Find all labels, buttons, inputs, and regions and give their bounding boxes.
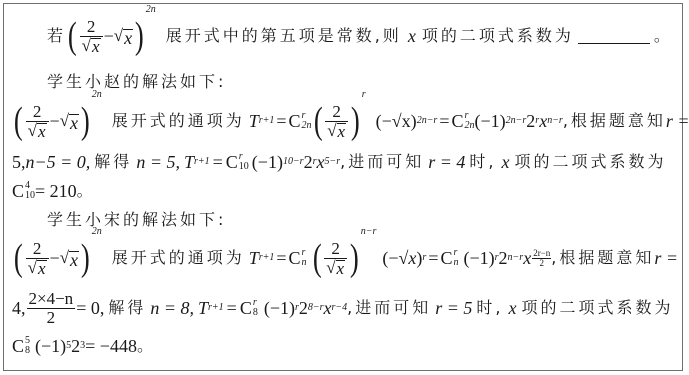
math-token: (−√x) (382, 248, 422, 268)
math-token: x (523, 248, 531, 268)
math-token: 2√x (26, 103, 49, 140)
math-token: 410 (25, 181, 35, 201)
math-token: √x (28, 259, 47, 277)
math-token: ( (313, 102, 322, 140)
exponent: 2n (146, 0, 156, 20)
math-token: x (316, 152, 324, 172)
math-token: √x (326, 259, 345, 277)
math-token: 2 (526, 111, 535, 131)
math-token: C (289, 248, 301, 268)
math-token: x (501, 152, 509, 172)
math-token: r2n (302, 111, 312, 131)
math-token: (−1) (35, 336, 66, 356)
math-token: 2×4−n2 (27, 290, 76, 327)
left-paren: ( (68, 17, 77, 55)
math-token: √x (80, 36, 103, 55)
math-token: (−1) (252, 152, 283, 172)
math-token: rn (302, 248, 307, 268)
math-token: = (439, 111, 449, 131)
math-token: √ (28, 259, 37, 277)
math-token: ) (350, 239, 359, 277)
math-token: 2 (45, 309, 58, 327)
math-token: √ (327, 122, 336, 140)
math-token: √x (28, 122, 47, 140)
math-token: 58 (25, 336, 30, 356)
math-token: √ (326, 259, 335, 277)
math-token: r = 4 (428, 152, 465, 172)
math-token: 2n (465, 121, 475, 131)
math-token: 2 (85, 18, 98, 36)
math-token: = 210 (35, 181, 77, 201)
math-token: 学生小宋的解法如下: (47, 210, 226, 230)
math-token: 展开式的通项为 (112, 248, 245, 268)
math-token: 。 (137, 336, 156, 356)
math-token: n−5 = 0, (26, 152, 91, 172)
song-line-3: C58 (−1)5 23 = −448 。 (12, 336, 156, 356)
math-token: C (12, 336, 24, 356)
math-token: 2 (499, 248, 508, 268)
math-token: (−√x) (376, 111, 417, 131)
math-token: 2×4−n (27, 290, 76, 309)
math-token: r2n (465, 111, 475, 131)
math-token: 2 (330, 103, 343, 121)
math-token: √ (60, 248, 69, 268)
math-token: ,根据题意知 (563, 111, 666, 131)
math-token: n = 8, (150, 298, 194, 318)
math-token: C (440, 248, 452, 268)
math-token: x (336, 260, 346, 277)
math-token: ,进而可知 (340, 152, 424, 172)
math-token: 8 (253, 308, 258, 318)
math-token: 学生小赵的解法如下: (47, 72, 226, 92)
math-token: 2 (71, 336, 80, 356)
math-token: 项的二项式系数为 (522, 298, 674, 318)
math-token: 2 (31, 103, 44, 121)
zhao-line-2: 5, n−5 = 0, 解得 n = 5, Tr+1 = Cr10 (−1)10… (12, 152, 666, 172)
math-token: − (104, 26, 114, 46)
math-token: 时, (469, 152, 496, 172)
math-token: ) (81, 102, 90, 140)
math-token: 2 (31, 240, 44, 258)
math-token: − (50, 248, 60, 268)
math-token: r = (654, 248, 678, 268)
math-token: ) (351, 102, 360, 140)
math-token: = (227, 298, 237, 318)
math-token: − (50, 111, 60, 131)
math-token: 解得 (108, 298, 146, 318)
math-token: x (408, 26, 416, 46)
math-token: 2r−n2 (532, 249, 551, 268)
math-token: x (337, 123, 347, 140)
problem-prefix: 若 (47, 26, 66, 46)
math-token: (−1) (464, 248, 495, 268)
math-token: x (123, 29, 133, 46)
math-token: = −448 (85, 336, 137, 356)
math-token: 2√x (26, 240, 49, 277)
math-token: T (184, 152, 194, 172)
song-line-1: ( 2√x − √x ) 2n 展开式的通项为 Tr+1 = Crn ( 2√x… (12, 234, 678, 282)
problem-statement: 若 ( 2 √x − √x ) 2n 展开式中的第五项是常数,则 x 项的二项式… (47, 12, 673, 60)
math-token: √x (82, 37, 101, 55)
math-token: √x (60, 111, 79, 131)
math-token: x (509, 298, 517, 318)
math-token: = (213, 152, 223, 172)
math-token: 8 (25, 346, 30, 356)
math-token: T (249, 111, 259, 131)
math-token: n = 5, (136, 152, 180, 172)
math-token: √ (60, 111, 69, 131)
math-token: r8 (253, 298, 258, 318)
math-token: 4, (12, 298, 26, 318)
math-token: x (69, 114, 79, 131)
math-token: r = 5 (435, 298, 472, 318)
math-token: x (91, 38, 101, 55)
math-token: x (69, 251, 79, 268)
math-token: 解得 (94, 152, 132, 172)
math-token: r = (666, 111, 689, 131)
math-token: ( (312, 239, 321, 277)
math-token: = (276, 111, 286, 131)
math-token: (−1) (475, 111, 506, 131)
math-token: 2 (299, 298, 308, 318)
math-token: 展开式的通项为 (112, 111, 245, 131)
math-token: 2n (92, 85, 102, 105)
math-token: = 0, (76, 298, 104, 318)
math-token: √ (28, 122, 37, 140)
song-line-2: 4, 2×4−n2 = 0, 解得 n = 8, Tr+1 = Cr8 (−1)… (12, 288, 674, 328)
math-token: ,根据题意知 (551, 248, 654, 268)
zhao-line-3: C410 = 210 。 (12, 181, 96, 201)
math-token: r10 (239, 152, 249, 172)
math-token: T (249, 248, 259, 268)
zhao-line-1: ( 2√x − √x ) 2n 展开式的通项为 Tr+1 = Cr2n ( 2√… (12, 97, 689, 145)
math-token: r (362, 85, 366, 105)
math-token: x (539, 111, 547, 131)
math-token: (−1) (264, 298, 295, 318)
math-token: 2√x (325, 103, 348, 140)
math-token: ) (81, 239, 90, 277)
math-token: = (428, 248, 438, 268)
math-token: √ (114, 26, 123, 46)
math-token: 。 (654, 26, 673, 46)
math-token: rn (454, 248, 459, 268)
answer-blank[interactable] (578, 29, 650, 44)
math-token: √x (26, 258, 49, 277)
math-token: C (240, 298, 252, 318)
math-token: T (198, 298, 208, 318)
math-token: 。 (77, 181, 96, 201)
song-heading: 学生小宋的解法如下: (47, 210, 226, 230)
math-token: 2 (304, 152, 313, 172)
math-token: C (226, 152, 238, 172)
math-token: n (302, 258, 307, 268)
math-token: 项的二项式系数为 (422, 26, 574, 46)
math-token: 10 (25, 191, 35, 201)
math-token: 2 (539, 259, 544, 268)
sqrt-x: √x (114, 26, 133, 46)
zhao-heading: 学生小赵的解法如下: (47, 72, 226, 92)
problem-text: 展开式中的第五项是常数,则 (166, 26, 402, 46)
math-token: 5, (12, 152, 26, 172)
math-token: 10 (239, 162, 249, 172)
right-paren: ) (135, 17, 144, 55)
math-token: C (451, 111, 463, 131)
math-token: n (454, 258, 459, 268)
math-token: ,进而可知 (347, 298, 431, 318)
math-token: ( (14, 102, 23, 140)
math-token: √x (325, 121, 348, 140)
math-token: C (289, 111, 301, 131)
fraction: 2 √x (80, 18, 103, 55)
math-token: √x (60, 248, 79, 268)
math-token: √ (82, 37, 91, 55)
math-token: x (324, 298, 332, 318)
math-token: 2√x (324, 240, 347, 277)
math-token: 2 (329, 240, 342, 258)
math-token: √x (327, 122, 346, 140)
math-token: 2r−n (532, 249, 551, 259)
math-token: 2n (302, 121, 312, 131)
math-token: n−r (361, 222, 377, 242)
math-token: 2n (92, 222, 102, 242)
math-token: √x (26, 121, 49, 140)
math-token: 项的二项式系数为 (514, 152, 666, 172)
math-token: x (37, 260, 47, 277)
math-token: x (408, 248, 416, 268)
math-token: = (276, 248, 286, 268)
math-token: x (37, 123, 47, 140)
math-token: C (12, 181, 24, 201)
math-token: √x (324, 258, 347, 277)
math-token: ( (14, 239, 23, 277)
math-token: 时, (476, 298, 503, 318)
